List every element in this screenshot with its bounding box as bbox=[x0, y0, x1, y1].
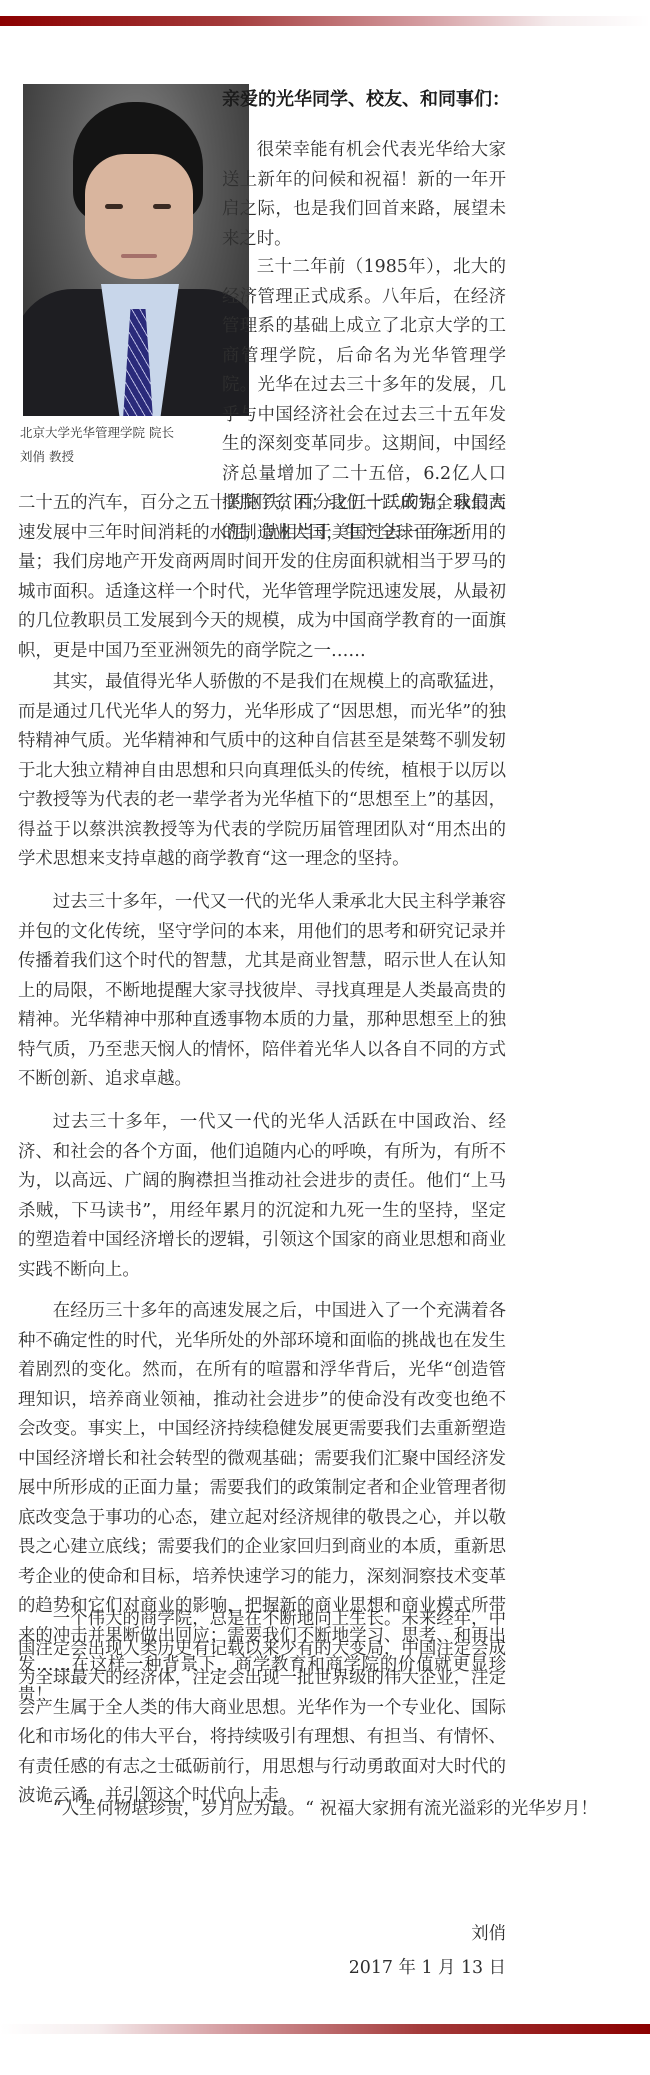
portrait-caption-title: 北京大学光华管理学院 院长 bbox=[20, 423, 174, 441]
portrait-eye-right bbox=[153, 204, 171, 209]
letter-paragraph-1: 很荣幸能有机会代表光华给大家送上新年的问候和祝福！新的一年开启之际，也是我们回首… bbox=[222, 136, 506, 254]
letter-paragraph-4: 过去三十多年，一代又一代的光华人秉承北大民主科学兼容并包的文化传统，坚守学问的本… bbox=[18, 888, 506, 1095]
letter-greeting: 亲爱的光华同学、校友、和同事们： bbox=[222, 85, 510, 111]
dean-portrait-photo bbox=[23, 84, 249, 416]
letter-paragraph-5: 过去三十多年，一代又一代的光华人活跃在中国政治、经济、和社会的各个方面，他们追随… bbox=[18, 1108, 506, 1285]
letter-paragraph-7: 一个伟大的商学院，总是在不断地向上生长。未来经年，中国注定会出现人类历史有记载以… bbox=[18, 1605, 506, 1812]
letter-paragraph-2-continued: 二十五的汽车，百分之五十的钢铁，百分之五十二的铝；我们高速发展中三年时间消耗的水… bbox=[18, 489, 506, 666]
portrait-face bbox=[85, 154, 193, 279]
portrait-eye-left bbox=[105, 204, 123, 209]
bottom-decorative-bar bbox=[0, 2024, 650, 2034]
letter-paragraph-3: 其实，最值得光华人骄傲的不是我们在规模上的高歌猛进，而是通过几代光华人的努力，光… bbox=[18, 668, 506, 875]
portrait-mouth bbox=[121, 254, 157, 258]
signature-date: 2017 年 1 月 13 日 bbox=[349, 1953, 506, 1978]
letter-closing-blessing: “人生何物堪珍贵，岁月应为最。“ 祝福大家拥有流光溢彩的光华岁月！ bbox=[18, 1795, 506, 1824]
portrait-caption-name: 刘俏 教授 bbox=[20, 447, 74, 465]
signature-name: 刘俏 bbox=[471, 1919, 506, 1944]
top-decorative-bar bbox=[0, 16, 650, 26]
